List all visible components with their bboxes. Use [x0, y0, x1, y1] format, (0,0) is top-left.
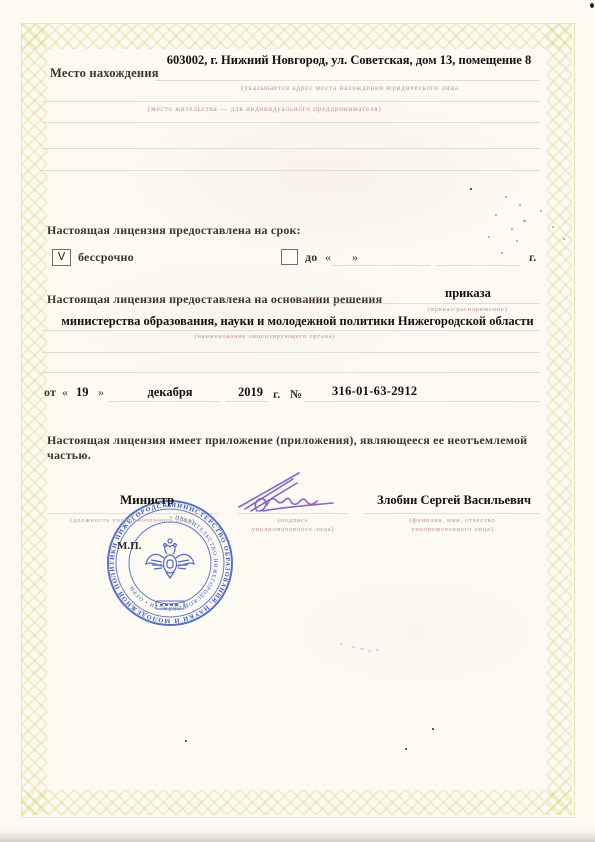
issue-day: 19: [76, 385, 89, 400]
name-caption-line2: уполномоченного лица): [365, 526, 540, 533]
until-date-checkbox: [281, 249, 298, 265]
basis-decision-type: приказа: [445, 286, 491, 301]
scan-edge-shadow: [0, 830, 595, 842]
issue-year: 2019: [238, 385, 263, 400]
rule-line: [108, 401, 220, 402]
location-label: Место нахождения: [50, 66, 159, 81]
issue-year-suffix: г.: [273, 387, 281, 402]
handwritten-signature: [233, 461, 353, 519]
until-quote-close: »: [352, 250, 358, 265]
basis-label: Настоящая лицензия предоставлена на осно…: [47, 292, 382, 307]
checkbox-check-mark: V: [53, 250, 70, 264]
rule-line: [42, 148, 540, 149]
basis-authority: министерства образования, науки и молоде…: [55, 314, 540, 329]
basis-type-caption: (приказ/распоряжение): [400, 306, 535, 313]
until-label: до: [305, 250, 317, 265]
rule-line: [42, 101, 540, 102]
rule-line: [155, 80, 540, 81]
perpetual-label: бессрочно: [78, 250, 134, 265]
basis-authority-caption: (наименование лицензирующего органа): [130, 333, 400, 340]
signature-caption-line2: уполномоченного лица): [238, 526, 348, 533]
rule-line: [42, 330, 540, 331]
double-headed-eagle-icon: [146, 539, 194, 578]
issue-from-label: от: [44, 385, 56, 400]
rule-line: [42, 122, 540, 123]
issue-quote-close: »: [98, 385, 104, 400]
issue-month: декабря: [115, 385, 225, 400]
location-caption-1: (указывается адрес места нахождения юрид…: [170, 84, 530, 92]
issue-quote-open: «: [62, 385, 68, 400]
location-caption-2: (место жительства — для индивидуального …: [148, 105, 382, 113]
position-caption: (должность уполномоченного лица): [47, 517, 218, 524]
until-quote-open: «: [325, 250, 331, 265]
rule-line: [303, 401, 540, 402]
location-address-value: 603002, г. Нижний Новгород, ул. Советска…: [158, 53, 540, 68]
term-label: Настоящая лицензия предоставлена на срок…: [47, 223, 301, 238]
signatory-position: Министр: [120, 492, 174, 508]
signatory-name: Злобин Сергей Васильевич: [365, 493, 543, 508]
rule-line: [435, 265, 520, 266]
rule-line: [42, 352, 540, 353]
perpetual-checkbox: V: [52, 249, 71, 266]
until-year-suffix: г.: [529, 250, 537, 265]
name-caption-line1: (фамилия, имя, отчество: [365, 517, 540, 524]
seal-place-label: М.П.: [117, 540, 141, 552]
rule-line: [42, 170, 540, 171]
appendix-note: Настоящая лицензия имеет приложение (при…: [47, 433, 552, 463]
decorative-frame-right: [547, 24, 572, 815]
rule-line: [365, 513, 540, 514]
rule-line: [332, 265, 430, 266]
rule-line: [226, 401, 268, 402]
license-number: 316-01-63-2912: [332, 384, 417, 399]
decorative-frame-left: [22, 24, 47, 815]
rule-line: [308, 303, 540, 304]
decorative-frame-top: [22, 24, 572, 49]
issue-number-label: №: [290, 387, 302, 402]
rule-line: [42, 372, 540, 373]
decorative-frame-border: [21, 23, 575, 818]
decorative-frame-bottom: [22, 790, 572, 815]
